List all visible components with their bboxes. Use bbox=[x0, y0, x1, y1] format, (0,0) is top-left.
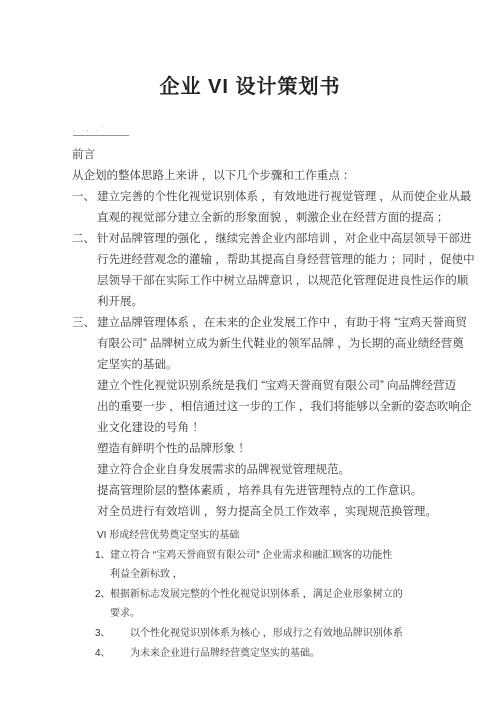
text-line: 定坚实的基础。 bbox=[97, 355, 470, 376]
list-marker: 4、 bbox=[95, 644, 130, 663]
text-line: 出的重要一步 ，相信通过这一步的工作 ，我们将能够以全新的姿态吹响企 bbox=[97, 397, 470, 418]
list-marker: 一、 bbox=[72, 187, 97, 229]
list-item: 3、以个性化视觉识别体系为核心 ，形成行之有效地品牌识别体系 bbox=[95, 624, 470, 643]
paragraph-lines: 前言 bbox=[72, 145, 470, 166]
paragraph-lines: 提高管理阶层的整体素质 ，培养具有先进管理特点的工作意识。 bbox=[97, 481, 470, 502]
paragraph: 对全员进行有效培训 ，努力提高全员工作效率 ，实现规范换管理。 bbox=[97, 502, 470, 523]
paragraph-lines: VI 形成经营优势奠定坚实的基础 bbox=[97, 526, 470, 545]
text-line: 建立符合 “宝鸡天誉商贸有限公司” 企业需求和融汇顾客的功能性 bbox=[110, 546, 470, 565]
text-line: 塑造有鲜明个性的品牌形象 ！ bbox=[97, 439, 470, 460]
paragraph: 建立符合企业自身发展需求的品牌视觉管理规范。 bbox=[97, 460, 470, 481]
list-marker: 二、 bbox=[72, 229, 97, 313]
paragraph: 提高管理阶层的整体素质 ，培养具有先进管理特点的工作意识。 bbox=[97, 481, 470, 502]
list-item: 2、根据新标志发展完整的个性化视觉识别体系 ，满足企业形象树立的要求。 bbox=[95, 585, 470, 623]
paragraph-lines: 建立个性化视觉识别系统是我们 “宝鸡天誉商贸有限公司” 向品牌经营迈出的重要一步… bbox=[97, 376, 470, 439]
list-item: 1、建立符合 “宝鸡天誉商贸有限公司” 企业需求和融汇顾客的功能性利益全新标致 … bbox=[95, 546, 470, 584]
list-item: 二、针对品牌管理的强化 ，继续完善企业内部培训 ，对企业中高层领导干部进行先进经… bbox=[72, 229, 470, 313]
paragraph: 从企划的整体思路上来讲 ，以下几个步骤和工作重点 ： bbox=[72, 166, 470, 187]
paragraph: 塑造有鲜明个性的品牌形象 ！ bbox=[97, 439, 470, 460]
text-line: 行先进经营观念的灌输 ，帮助其提高自身经营管理的能力 ；同时 ，促使中 bbox=[97, 250, 470, 271]
text-line: 利益全新标致 ， bbox=[110, 565, 470, 584]
list-marker: 1、 bbox=[95, 546, 110, 584]
list-marker: 三、 bbox=[72, 313, 97, 376]
list-item: 三、建立品牌管理体系 ，在未来的企业发展工作中 ，有助于将 “宝鸡天誉商贸有限公… bbox=[72, 313, 470, 376]
text-line: 对全员进行有效培训 ，努力提高全员工作效率 ，实现规范换管理。 bbox=[97, 502, 470, 523]
text-line: VI 形成经营优势奠定坚实的基础 bbox=[97, 526, 470, 545]
text-line: 业文化建设的号角 ！ bbox=[97, 418, 470, 439]
document-page: 企业 VI 设计策划书 ，.，.ˉ 前言从企划的整体思路上来讲 ，以下几个步骤和… bbox=[0, 0, 500, 708]
paragraph: VI 形成经营优势奠定坚实的基础 bbox=[97, 526, 470, 545]
document-body: 前言从企划的整体思路上来讲 ，以下几个步骤和工作重点 ：一、建立完善的个性化视觉… bbox=[72, 145, 470, 663]
paragraph-lines: 以个性化视觉识别体系为核心 ，形成行之有效地品牌识别体系 bbox=[130, 624, 470, 643]
paragraph-lines: 针对品牌管理的强化 ，继续完善企业内部培训 ，对企业中高层领导干部进行先进经营观… bbox=[97, 229, 470, 313]
paragraph-lines: 从企划的整体思路上来讲 ，以下几个步骤和工作重点 ： bbox=[72, 166, 470, 187]
paragraph-lines: 建立品牌管理体系 ，在未来的企业发展工作中 ，有助于将 “宝鸡天誉商贸有限公司”… bbox=[97, 313, 470, 376]
text-line: 前言 bbox=[72, 145, 470, 166]
text-line: 为未来企业进行品牌经营奠定坚实的基础。 bbox=[130, 644, 470, 663]
text-line: 提高管理阶层的整体素质 ，培养具有先进管理特点的工作意识。 bbox=[97, 481, 470, 502]
text-line: 建立个性化视觉识别系统是我们 “宝鸡天誉商贸有限公司” 向品牌经营迈 bbox=[97, 376, 470, 397]
paragraph-lines: 塑造有鲜明个性的品牌形象 ！ bbox=[97, 439, 470, 460]
paragraph-lines: 对全员进行有效培训 ，努力提高全员工作效率 ，实现规范换管理。 bbox=[97, 502, 470, 523]
text-line: 直观的视觉部分建立全新的形象面貌 ，刺激企业在经营方面的提高 ； bbox=[97, 208, 470, 229]
section-heading: 前言 bbox=[72, 145, 470, 166]
list-item: 一、建立完善的个性化视觉识别体系 ，有效地进行视觉管理 ，从而使企业从最直观的视… bbox=[72, 187, 470, 229]
paragraph-lines: 为未来企业进行品牌经营奠定坚实的基础。 bbox=[130, 644, 470, 663]
text-line: 层领导干部在实际工作中树立品牌意识 ，以规范化管理促进良性运作的顺 bbox=[97, 271, 470, 292]
text-line: 有限公司” 品牌树立成为新生代鞋业的领军品牌 ，为长期的高业绩经营奠 bbox=[97, 334, 470, 355]
text-line: 针对品牌管理的强化 ，继续完善企业内部培训 ，对企业中高层领导干部进 bbox=[97, 229, 470, 250]
list-marker: 2、 bbox=[95, 585, 110, 623]
illegible-handwritten-mark: ，.，.ˉ bbox=[73, 126, 129, 136]
list-marker: 3、 bbox=[95, 624, 130, 643]
paragraph-lines: 建立符合企业自身发展需求的品牌视觉管理规范。 bbox=[97, 460, 470, 481]
document-title: 企业 VI 设计策划书 bbox=[0, 0, 500, 99]
text-line: 要求。 bbox=[110, 604, 470, 623]
text-line: 从企划的整体思路上来讲 ，以下几个步骤和工作重点 ： bbox=[72, 166, 470, 187]
paragraph-lines: 建立符合 “宝鸡天誉商贸有限公司” 企业需求和融汇顾客的功能性利益全新标致 ， bbox=[110, 546, 470, 584]
text-line: 建立符合企业自身发展需求的品牌视觉管理规范。 bbox=[97, 460, 470, 481]
text-line: 以个性化视觉识别体系为核心 ，形成行之有效地品牌识别体系 bbox=[130, 624, 470, 643]
paragraph-lines: 根据新标志发展完整的个性化视觉识别体系 ，满足企业形象树立的要求。 bbox=[110, 585, 470, 623]
text-line: 建立完善的个性化视觉识别体系 ，有效地进行视觉管理 ，从而使企业从最 bbox=[97, 187, 470, 208]
text-line: 建立品牌管理体系 ，在未来的企业发展工作中 ，有助于将 “宝鸡天誉商贸 bbox=[97, 313, 470, 334]
list-item: 4、为未来企业进行品牌经营奠定坚实的基础。 bbox=[95, 644, 470, 663]
paragraph-lines: 建立完善的个性化视觉识别体系 ，有效地进行视觉管理 ，从而使企业从最直观的视觉部… bbox=[97, 187, 470, 229]
text-line: 根据新标志发展完整的个性化视觉识别体系 ，满足企业形象树立的 bbox=[110, 585, 470, 604]
paragraph: 建立个性化视觉识别系统是我们 “宝鸡天誉商贸有限公司” 向品牌经营迈出的重要一步… bbox=[97, 376, 470, 439]
text-line: 利开展。 bbox=[97, 292, 470, 313]
